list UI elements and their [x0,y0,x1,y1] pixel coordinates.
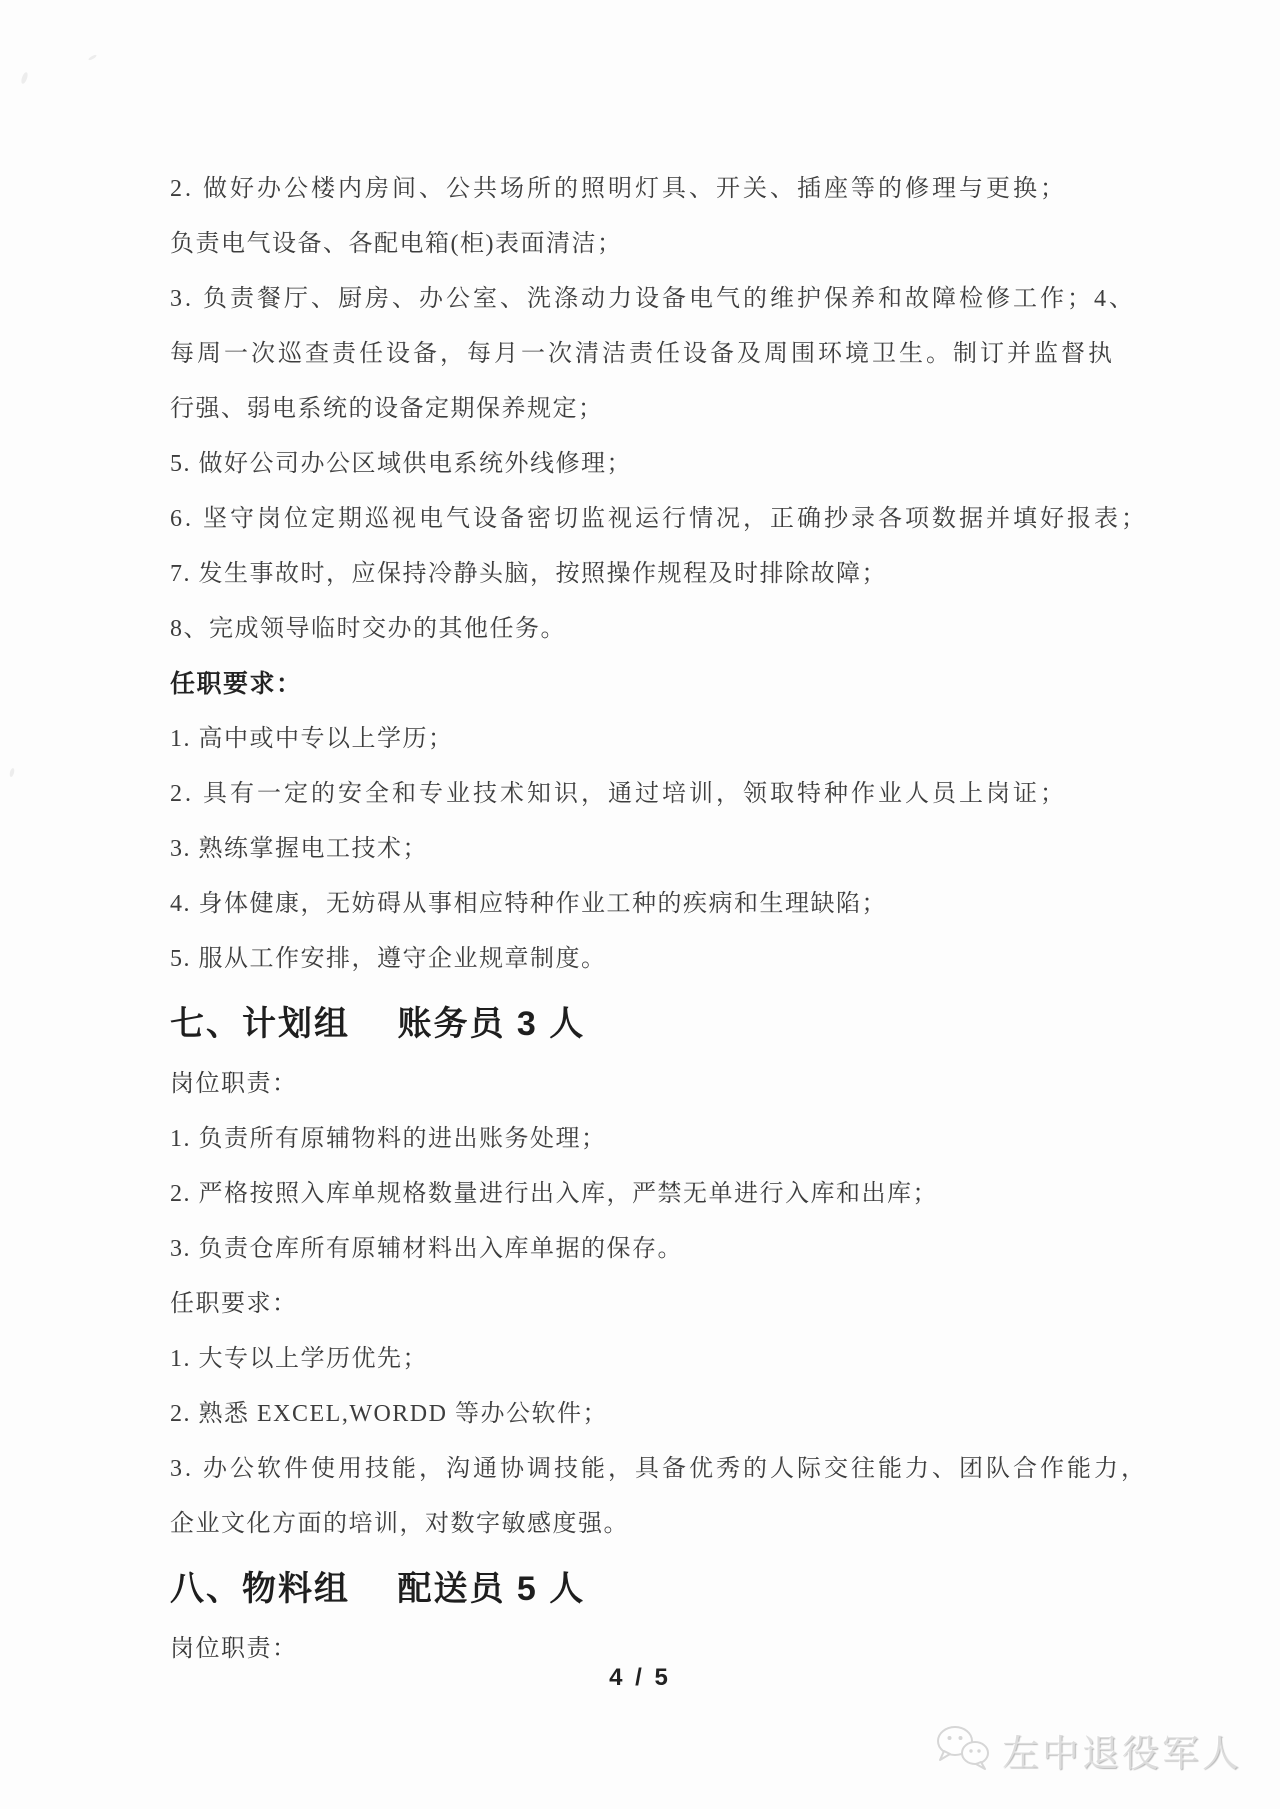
paragraph-line: 3. 负责仓库所有原辅材料出入库单据的保存。 [170,1222,1120,1277]
wechat-logo-icon [934,1722,992,1777]
paragraph-line: 任职要求： [170,1277,1120,1332]
paragraph-line: 3. 办公软件使用技能，沟通协调技能，具备优秀的人际交往能力、团队合作能力， [170,1442,1120,1497]
scan-artifact [20,72,29,85]
paragraph-line: 2. 做好办公楼内房间、公共场所的照明灯具、开关、插座等的修理与更换； [170,162,1120,217]
watermark: 左中退役军人 [934,1722,1242,1777]
paragraph-line: 5. 服从工作安排，遵守企业规章制度。 [170,932,1120,987]
scan-artifact [88,54,97,61]
paragraph-line: 7. 发生事故时，应保持冷静头脑，按照操作规程及时排除故障； [170,547,1120,602]
paragraph-line: 1. 负责所有原辅物料的进出账务处理； [170,1112,1120,1167]
paragraph-line: 负责电气设备、各配电箱(柜)表面清洁； [170,217,1120,272]
paragraph-line: 3. 负责餐厅、厨房、办公室、洗涤动力设备电气的维护保养和故障检修工作；4、 [170,272,1120,327]
paragraph-line: 2. 具有一定的安全和专业技术知识，通过培训，领取特种作业人员上岗证； [170,767,1120,822]
watermark-text: 左中退役军人 [1002,1723,1242,1777]
paragraph-line: 8、完成领导临时交办的其他任务。 [170,602,1120,657]
section-heading: 八、物料组 配送员 5 人 [170,1564,1120,1614]
paragraph-line: 企业文化方面的培训，对数字敏感度强。 [170,1497,1120,1552]
scan-artifact [9,768,15,778]
scanned-document-page: 2. 做好办公楼内房间、公共场所的照明灯具、开关、插座等的修理与更换；负责电气设… [0,0,1280,1809]
page-number: 4 / 5 [0,1664,1280,1692]
paragraph-line: 2. 严格按照入库单规格数量进行出入库，严禁无单进行入库和出库； [170,1167,1120,1222]
paragraph-line: 2. 熟悉 EXCEL,WORDD 等办公软件； [170,1387,1120,1442]
paragraph-line: 每周一次巡查责任设备，每月一次清洁责任设备及周围环境卫生。制订并监督执 [170,327,1120,382]
document-body: 2. 做好办公楼内房间、公共场所的照明灯具、开关、插座等的修理与更换；负责电气设… [170,162,1120,1677]
paragraph-line: 5. 做好公司办公区域供电系统外线修理； [170,437,1120,492]
paragraph-line: 3. 熟练掌握电工技术； [170,822,1120,877]
paragraph-line: 4. 身体健康，无妨碍从事相应特种作业工种的疾病和生理缺陷； [170,877,1120,932]
section-heading: 七、计划组 账务员 3 人 [170,999,1120,1049]
paragraph-line: 任职要求： [170,657,1120,712]
paragraph-line: 行强、弱电系统的设备定期保养规定； [170,382,1120,437]
paragraph-line: 岗位职责： [170,1057,1120,1112]
paragraph-line: 1. 高中或中专以上学历； [170,712,1120,767]
paragraph-line: 6. 坚守岗位定期巡视电气设备密切监视运行情况，正确抄录各项数据并填好报表； [170,492,1120,547]
paragraph-line: 1. 大专以上学历优先； [170,1332,1120,1387]
